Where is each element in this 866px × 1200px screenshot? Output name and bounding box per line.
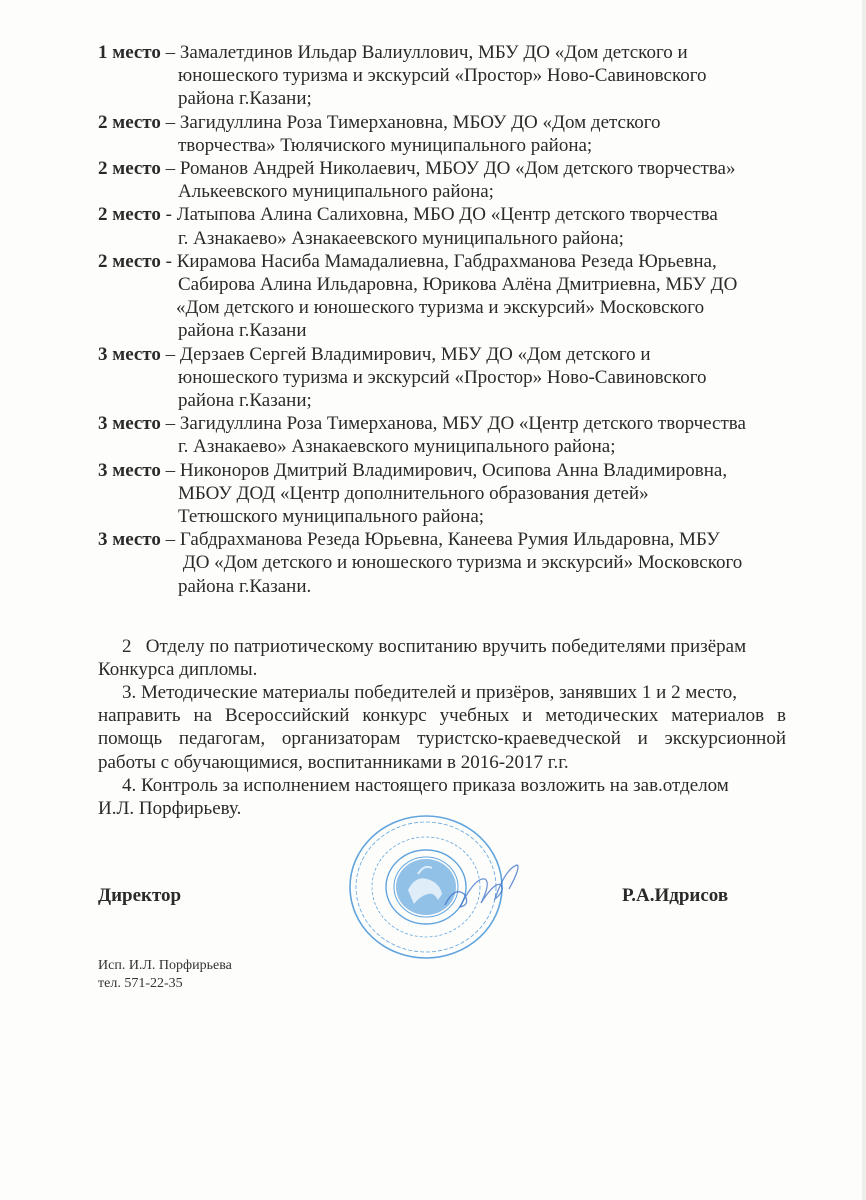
paper-edge (862, 0, 866, 1200)
paragraph-text: Конкурса дипломы. (98, 659, 257, 680)
paragraph-2: 2 Отделу по патриотическому воспитанию в… (98, 635, 786, 681)
award-line: юношеского туризма и экскурсий «Простор»… (98, 64, 798, 87)
award-rank: 2 место (98, 112, 161, 133)
award-line: Алькеевского муниципального района; (98, 180, 798, 203)
award-entry-5: 2 место - Кирамова Насиба Мамадалиевна, … (98, 250, 798, 343)
paragraph-first-line: 2 Отделу по патриотическому воспитанию в… (98, 635, 786, 658)
award-line: Дерзаев Сергей Владимирович, МБУ ДО «Дом… (180, 344, 651, 365)
award-rank: 3 место (98, 344, 161, 365)
separator: - (161, 251, 177, 272)
signature-scribble (440, 860, 530, 920)
award-line: Тетюшского муниципального района; (98, 505, 798, 528)
award-entry-3: 2 место – Романов Андрей Николаевич, МБО… (98, 157, 798, 203)
award-rank: 2 место (98, 204, 161, 225)
separator: – (161, 42, 180, 63)
award-line: г. Азнакаево» Азнакаевского муниципально… (98, 435, 798, 458)
signature-position: Директор (98, 885, 181, 907)
award-line: Габдрахманова Резеда Юрьевна, Канеева Ру… (180, 529, 720, 550)
executor-name: Исп. И.Л. Порфирьева (98, 957, 232, 975)
award-rank: 3 место (98, 529, 161, 550)
award-entry-9: 3 место – Габдрахманова Резеда Юрьевна, … (98, 528, 798, 598)
award-line: г. Азнакаево» Азнакаеевского муниципальн… (98, 227, 798, 250)
award-line: Сабирова Алина Ильдаровна, Юрикова Алёна… (98, 273, 798, 296)
award-rank: 3 место (98, 460, 161, 481)
award-line: ДО «Дом детского и юношеского туризма и … (98, 551, 798, 574)
award-line: МБОУ ДОД «Центр дополнительного образова… (98, 482, 798, 505)
award-line: юношеского туризма и экскурсий «Простор»… (98, 366, 798, 389)
award-line: Кирамова Насиба Мамадалиевна, Габдрахман… (177, 251, 717, 272)
separator: – (161, 112, 180, 133)
award-entry-4: 2 место - Латыпова Алина Салиховна, МБО … (98, 203, 798, 249)
award-rank: 2 место (98, 251, 161, 272)
award-line: «Дом детского и юношеского туризма и экс… (98, 296, 798, 319)
award-line: Замалетдинов Ильдар Валиуллович, МБУ ДО … (180, 42, 688, 63)
award-line: Загидуллина Роза Тимерхановна, МБОУ ДО «… (180, 112, 661, 133)
award-line: творчества» Тюлячиского муниципального р… (98, 134, 798, 157)
award-entry-7: 3 место – Загидуллина Роза Тимерханова, … (98, 412, 798, 458)
award-line: района г.Казани; (98, 389, 798, 412)
award-line: Романов Андрей Николаевич, МБОУ ДО «Дом … (180, 158, 736, 179)
award-entry-6: 3 место – Дерзаев Сергей Владимирович, М… (98, 343, 798, 413)
separator: – (161, 413, 180, 434)
separator: – (161, 158, 180, 179)
signature-name: Р.А.Идрисов (622, 885, 728, 907)
paragraph-text: направить на Всероссийский конкурс учебн… (98, 704, 786, 774)
award-entry-1: 1 место – Замалетдинов Ильдар Валиуллови… (98, 41, 798, 111)
executor-info: Исп. И.Л. Порфирьева тел. 571-22-35 (98, 957, 232, 993)
awards-list: 1 место – Замалетдинов Ильдар Валиуллови… (98, 41, 798, 598)
paragraph-3: 3. Методические материалы победителей и … (98, 681, 786, 774)
award-line: района г.Казани (98, 319, 798, 342)
award-rank: 3 место (98, 413, 161, 434)
award-rank: 2 место (98, 158, 161, 179)
award-line: Никоноров Дмитрий Владимирович, Осипова … (180, 460, 727, 481)
paragraph-first-line: 3. Методические материалы победителей и … (98, 681, 786, 704)
separator: - (161, 204, 177, 225)
award-line: Загидуллина Роза Тимерханова, МБУ ДО «Це… (180, 413, 746, 434)
document-page: 1 место – Замалетдинов Ильдар Валиуллови… (0, 0, 866, 1200)
award-entry-8: 3 место – Никоноров Дмитрий Владимирович… (98, 459, 798, 529)
paragraph-first-line: 4. Контроль за исполнением настоящего пр… (98, 774, 786, 797)
award-line: Латыпова Алина Салиховна, МБО ДО «Центр … (177, 204, 718, 225)
award-rank: 1 место (98, 42, 161, 63)
paragraph-text: И.Л. Порфирьеву. (98, 798, 241, 819)
separator: – (161, 460, 180, 481)
separator: – (161, 344, 180, 365)
award-line: района г.Казани. (98, 575, 798, 598)
executor-phone: тел. 571-22-35 (98, 975, 232, 993)
award-line: района г.Казани; (98, 87, 798, 110)
separator: – (161, 529, 180, 550)
award-entry-2: 2 место – Загидуллина Роза Тимерхановна,… (98, 111, 798, 157)
